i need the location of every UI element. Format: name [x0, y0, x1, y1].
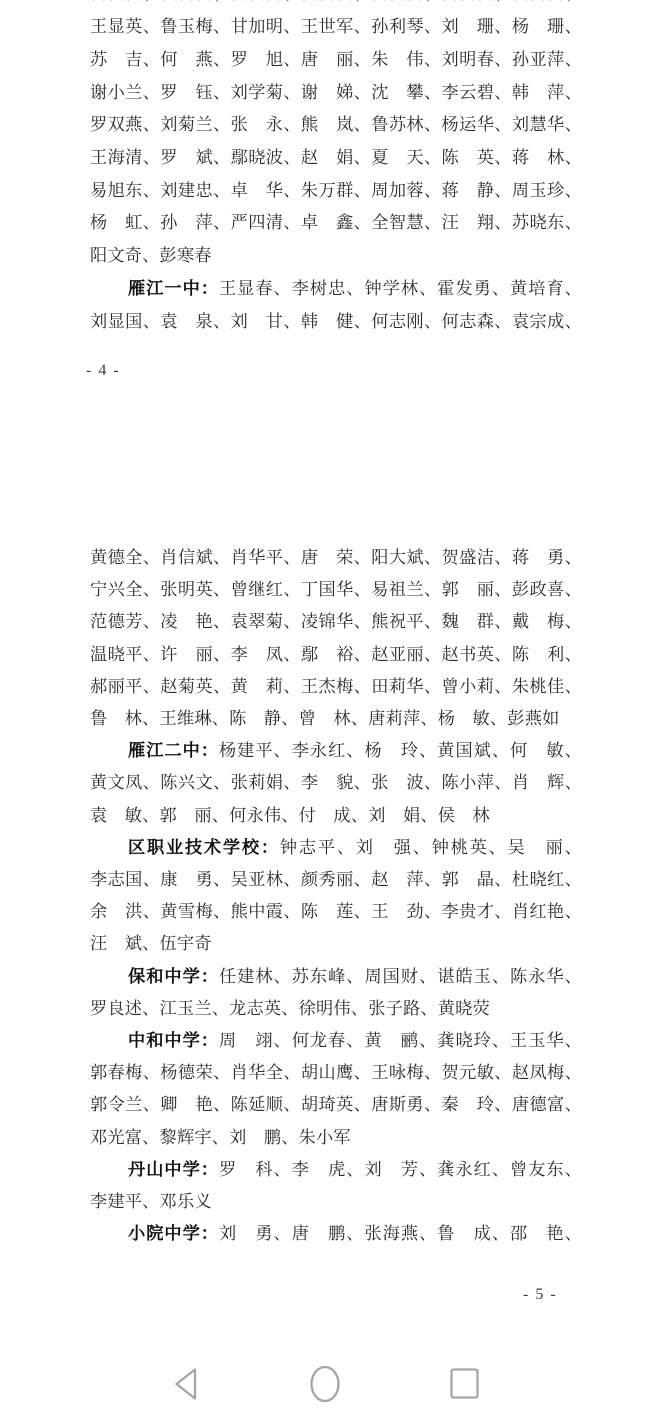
doc-line: 杨 虹、孙 萍、严四清、卓 鑫、全智慧、汪 翔、苏晓东、	[90, 207, 582, 240]
home-button[interactable]	[309, 1365, 341, 1403]
home-circle-icon	[309, 1365, 341, 1403]
doc-line: 王海清、罗 斌、鄢晓波、赵 娟、夏 天、陈 英、蒋 林、	[90, 142, 582, 175]
school-name: 雁江一中：	[128, 279, 219, 298]
page-number-5: - 5 -	[523, 1286, 557, 1304]
doc-line: 罗双燕、刘菊兰、张 永、熊 岚、鲁苏林、杨运华、刘慧华、	[90, 109, 582, 142]
document-page-4: 口口口、口口口、口口口、口口口、口口口、口口口、口口口、王显英、鲁玉梅、甘加明、…	[90, 0, 582, 338]
school-name: 区职业技术学校：	[128, 838, 280, 857]
doc-line: 王显英、鲁玉梅、甘加明、王世军、孙利琴、刘 珊、杨 珊、	[90, 11, 582, 44]
android-navbar	[0, 1355, 650, 1408]
doc-line: 口口口、口口口、口口口、口口口、口口口、口口口、口口口、	[90, 0, 582, 11]
doc-line: 鲁 林、王维琳、陈 静、曾 林、唐莉萍、杨 敏、彭燕如	[90, 703, 582, 735]
doc-line: 汪 斌、伍宇奇	[90, 928, 582, 960]
doc-line-school-heading: 区职业技术学校：钟志平、刘 强、钟桃英、吴 丽、	[90, 832, 582, 864]
school-name: 雁江二中：	[128, 741, 219, 760]
doc-line-school-heading: 雁江一中：王显春、李树忠、钟学林、霍发勇、黄培育、	[90, 273, 582, 306]
doc-line: 易旭东、刘建忠、卓 华、朱万群、周加蓉、蒋 静、周玉珍、	[90, 175, 582, 208]
doc-line-school-heading: 小院中学：刘 勇、唐 鹏、张海燕、鲁 成、邵 艳、	[90, 1218, 582, 1250]
school-name: 中和中学：	[128, 1031, 219, 1050]
recents-square-icon	[450, 1368, 479, 1399]
phone-screen: { "app": { "type": "document-viewer", "l…	[0, 0, 650, 1408]
doc-line: 宁兴全、张明英、曾继红、丁国华、易祖兰、郭 丽、彭政喜、	[90, 574, 582, 606]
document-page-5: 黄德全、肖信斌、肖华平、唐 荣、阳大斌、贺盛洁、蒋 勇、宁兴全、张明英、曾继红、…	[90, 542, 582, 1250]
doc-line-school-heading: 中和中学：周 翊、何龙春、黄 鹂、龚晓玲、王玉华、	[90, 1025, 582, 1057]
doc-line-school-heading: 保和中学：任建林、苏东峰、周国财、谌皓玉、陈永华、	[90, 961, 582, 993]
doc-line-school-heading: 丹山中学：罗 科、李 虎、刘 芳、龚永红、曾友东、	[90, 1154, 582, 1186]
doc-line: 袁 敏、郭 丽、何永伟、付 成、刘 娟、侯 林	[90, 800, 582, 832]
recents-button[interactable]	[450, 1368, 479, 1399]
doc-line: 罗良述、江玉兰、龙志英、徐明伟、张子路、黄晓荧	[90, 993, 582, 1025]
doc-line: 李建平、邓乐义	[90, 1186, 582, 1218]
doc-line: 范德芳、凌 艳、袁翠菊、凌锦华、熊祝平、魏 群、戴 梅、	[90, 606, 582, 638]
doc-line: 余 洪、黄雪梅、熊中霞、陈 莲、王 劲、李贵才、肖红艳、	[90, 896, 582, 928]
doc-line: 阳文奇、彭寒春	[90, 240, 582, 273]
doc-line: 邓光富、黎辉宇、刘 鹏、朱小军	[90, 1122, 582, 1154]
doc-line: 郭春梅、杨德荣、肖华全、胡山鹰、王咏梅、贺元敏、赵凤梅、	[90, 1057, 582, 1089]
school-name: 小院中学：	[128, 1224, 219, 1243]
doc-line: 温晓平、许 丽、李 凤、鄢 裕、赵亚丽、赵书英、陈 利、	[90, 639, 582, 671]
doc-line: 刘显国、袁 泉、刘 甘、韩 健、何志刚、何志森、袁宗成、	[90, 306, 582, 339]
doc-line: 李志国、康 勇、吴亚林、颜秀丽、赵 萍、郭 晶、杜晓红、	[90, 864, 582, 896]
doc-line: 黄文凤、陈兴文、张莉娟、李 貌、张 波、陈小萍、肖 辉、	[90, 767, 582, 799]
page-number-4: - 4 -	[86, 362, 120, 380]
doc-line-school-heading: 雁江二中：杨建平、李永红、杨 玲、黄国斌、何 敏、	[90, 735, 582, 767]
doc-line: 郭令兰、卿 艳、陈延顺、胡琦英、唐斯勇、秦 玲、唐德富、	[90, 1089, 582, 1121]
doc-line: 黄德全、肖信斌、肖华平、唐 荣、阳大斌、贺盛洁、蒋 勇、	[90, 542, 582, 574]
doc-line: 谢小兰、罗 钰、刘学菊、谢 娣、沈 攀、李云碧、韩 萍、	[90, 77, 582, 110]
doc-line: 苏 吉、何 燕、罗 旭、唐 丽、朱 伟、刘明春、孙亚萍、	[90, 44, 582, 77]
doc-line: 郝丽平、赵菊英、黄 莉、王杰梅、田莉华、曾小莉、朱桃佳、	[90, 671, 582, 703]
school-name: 丹山中学：	[128, 1160, 219, 1179]
document-scroll-area[interactable]: 口口口、口口口、口口口、口口口、口口口、口口口、口口口、王显英、鲁玉梅、甘加明、…	[0, 0, 650, 1360]
back-triangle-icon	[172, 1366, 200, 1402]
back-button[interactable]	[172, 1366, 200, 1402]
school-name: 保和中学：	[128, 967, 219, 986]
